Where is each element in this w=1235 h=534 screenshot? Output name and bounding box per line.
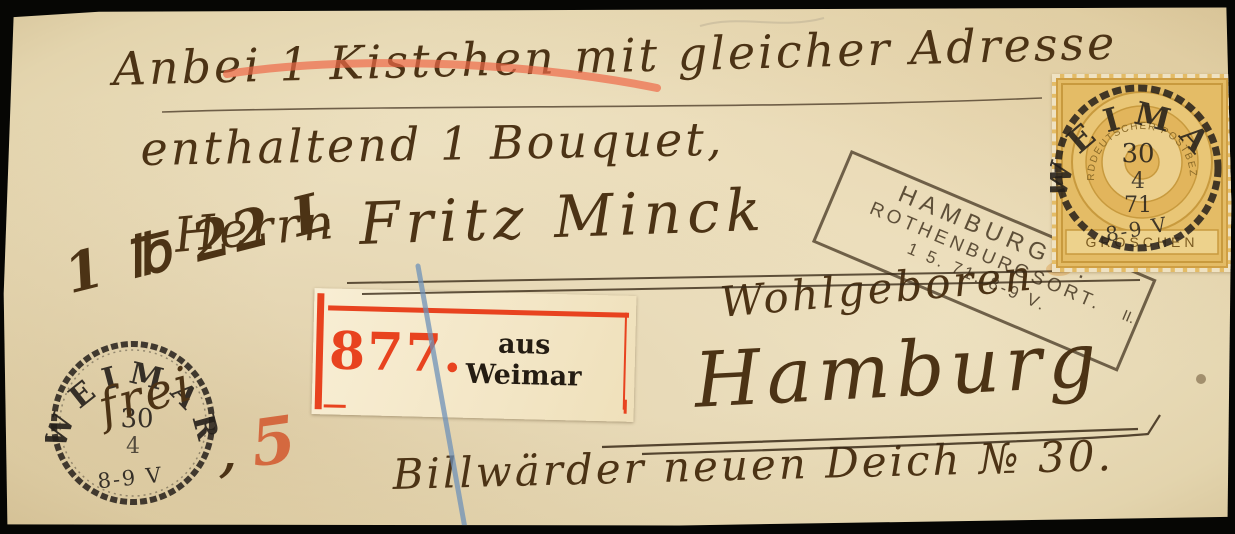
envelope: Anbei 1 Kistchen mit gleicher Adresse en… <box>0 0 1235 534</box>
stamp-cds-time: 8-9 V <box>1104 212 1170 247</box>
handwriting-street: Billwärder neuen Deich № 30. <box>392 431 1114 499</box>
label-red-tick-bottom-right <box>624 400 627 414</box>
red-crayon-number: 5 <box>246 401 304 482</box>
label-red-rule-right <box>623 313 627 410</box>
label-red-tick-bottom-left <box>324 404 346 408</box>
ink-speck <box>1196 374 1206 384</box>
registration-origin-line1: aus <box>433 327 616 362</box>
corner-cds-time: 8-9 V <box>96 463 164 494</box>
handwriting-recipient-name: Fritz Minck <box>358 176 768 258</box>
handwriting-city: Hamburg <box>692 315 1104 425</box>
handwriting-content-line1: Anbei 1 Kistchen mit gleicher Adresse <box>112 16 1118 96</box>
photo-background: Anbei 1 Kistchen mit gleicher Adresse en… <box>0 0 1235 534</box>
ink-underline-line1 <box>162 98 1042 112</box>
registration-origin: aus Weimar <box>432 327 615 393</box>
stamp-cds-day: 30 <box>1121 139 1154 169</box>
weimar-cds-on-stamp: WEIMAR 30 4 71 8-9 V <box>1050 80 1226 256</box>
registration-origin-line2: Weimar <box>432 358 615 393</box>
handwriting-comma-mark: , <box>218 412 241 486</box>
handwriting-weight-note: 1 ℔ 22 L <box>58 177 341 306</box>
registration-label: 877. aus Weimar <box>312 288 637 422</box>
handwriting-content-line2: enthaltend 1 Bouquet, <box>140 112 725 176</box>
label-red-bar <box>315 293 325 409</box>
stamp-cds-month: 4 <box>1131 169 1145 194</box>
corner-cds-month: 4 <box>126 434 140 459</box>
label-red-rule-top <box>328 305 629 317</box>
